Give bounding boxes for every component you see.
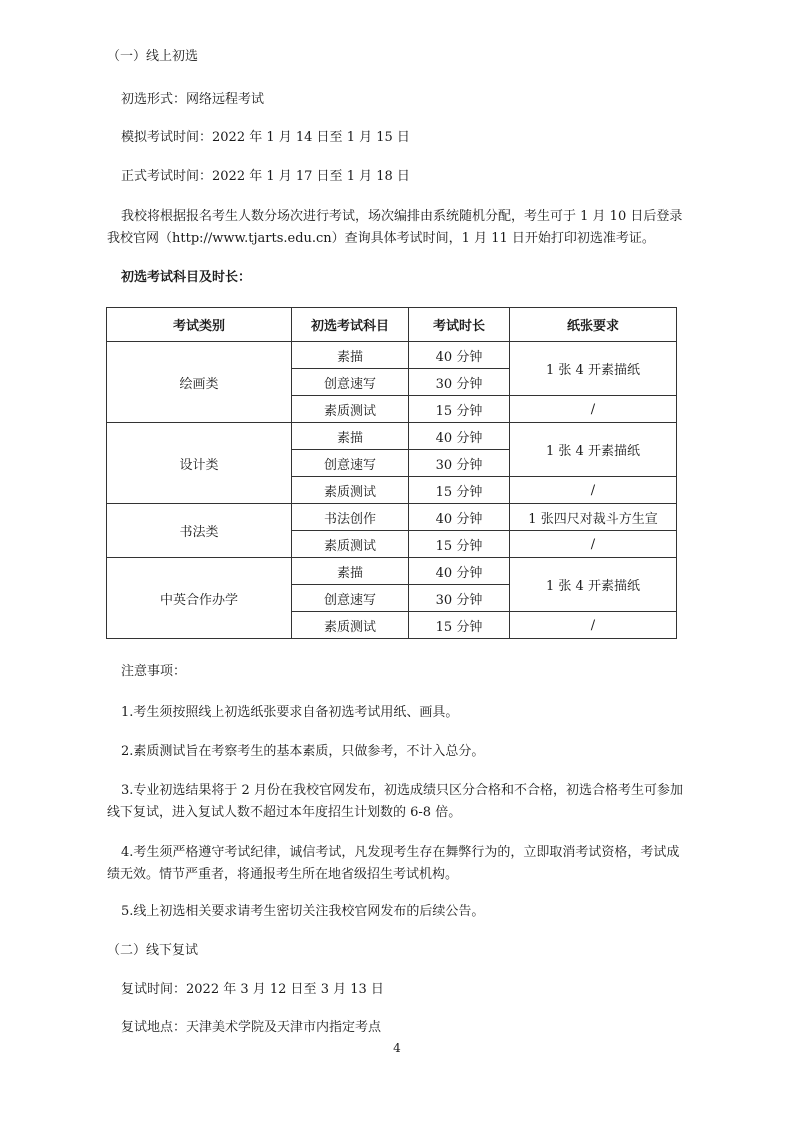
header-duration: 考试时长 bbox=[409, 308, 510, 342]
duration-cell: 40 分钟 bbox=[409, 342, 510, 369]
header-subject: 初选考试科目 bbox=[292, 308, 409, 342]
duration-cell: 30 分钟 bbox=[409, 369, 510, 396]
paper-cell: 1 张 4 开素描纸 bbox=[510, 558, 677, 612]
note-item-4: 4.考生须严格遵守考试纪律，诚信考试，凡发现考生存在舞弊行为的，立即取消考试资格… bbox=[107, 842, 687, 886]
subject-cell: 素质测试 bbox=[292, 396, 409, 423]
note-item-5: 5.线上初选相关要求请考生密切关注我校官网发布的后续公告。 bbox=[121, 904, 484, 920]
section-heading-offline: （二）线下复试 bbox=[107, 943, 198, 959]
paper-cell: 1 张 4 开素描纸 bbox=[510, 423, 677, 477]
table-row: 中英合作办学 素描 40 分钟 1 张 4 开素描纸 bbox=[107, 558, 677, 585]
duration-cell: 15 分钟 bbox=[409, 396, 510, 423]
paper-cell: 1 张四尺对裁斗方生宣 bbox=[510, 504, 677, 531]
exam-arrangement-paragraph: 我校将根据报名考生人数分场次进行考试，场次编排由系统随机分配，考生可于 1 月 … bbox=[107, 206, 687, 250]
duration-cell: 30 分钟 bbox=[409, 450, 510, 477]
table-row: 书法类 书法创作 40 分钟 1 张四尺对裁斗方生宣 bbox=[107, 504, 677, 531]
table-header-row: 考试类别 初选考试科目 考试时长 纸张要求 bbox=[107, 308, 677, 342]
retest-time: 复试时间：2022 年 3 月 12 日至 3 月 13 日 bbox=[121, 982, 384, 998]
category-cell: 设计类 bbox=[107, 423, 292, 504]
category-cell: 书法类 bbox=[107, 504, 292, 558]
exam-subjects-table: 考试类别 初选考试科目 考试时长 纸张要求 绘画类 素描 40 分钟 1 张 4… bbox=[106, 307, 677, 639]
paper-cell: / bbox=[510, 531, 677, 558]
subject-cell: 素描 bbox=[292, 423, 409, 450]
category-cell: 中英合作办学 bbox=[107, 558, 292, 639]
section-heading-online: （一）线上初选 bbox=[107, 49, 198, 65]
note-item-1: 1.考生须按照线上初选纸张要求自备初选考试用纸、画具。 bbox=[121, 705, 458, 721]
retest-place: 复试地点：天津美术学院及天津市内指定考点 bbox=[121, 1020, 381, 1036]
duration-cell: 30 分钟 bbox=[409, 585, 510, 612]
paper-cell: 1 张 4 开素描纸 bbox=[510, 342, 677, 396]
formal-exam-time: 正式考试时间：2022 年 1 月 17 日至 1 月 18 日 bbox=[121, 169, 410, 185]
table-row: 绘画类 素描 40 分钟 1 张 4 开素描纸 bbox=[107, 342, 677, 369]
exam-format: 初选形式：网络远程考试 bbox=[121, 92, 264, 108]
category-cell: 绘画类 bbox=[107, 342, 292, 423]
subject-cell: 创意速写 bbox=[292, 585, 409, 612]
subject-cell: 素质测试 bbox=[292, 612, 409, 639]
duration-cell: 15 分钟 bbox=[409, 477, 510, 504]
header-category: 考试类别 bbox=[107, 308, 292, 342]
paper-cell: / bbox=[510, 396, 677, 423]
duration-cell: 40 分钟 bbox=[409, 423, 510, 450]
subject-cell: 素描 bbox=[292, 342, 409, 369]
paper-cell: / bbox=[510, 477, 677, 504]
duration-cell: 15 分钟 bbox=[409, 612, 510, 639]
duration-cell: 40 分钟 bbox=[409, 504, 510, 531]
page-number: 4 bbox=[0, 1041, 794, 1055]
table-title: 初选考试科目及时长： bbox=[121, 270, 251, 286]
subject-cell: 素描 bbox=[292, 558, 409, 585]
note-item-3: 3.专业初选结果将于 2 月份在我校官网发布，初选成绩只区分合格和不合格，初选合… bbox=[107, 780, 687, 824]
table-row: 设计类 素描 40 分钟 1 张 4 开素描纸 bbox=[107, 423, 677, 450]
subject-cell: 素质测试 bbox=[292, 477, 409, 504]
notes-title: 注意事项： bbox=[121, 664, 186, 680]
subject-cell: 创意速写 bbox=[292, 369, 409, 396]
paper-cell: / bbox=[510, 612, 677, 639]
header-paper: 纸张要求 bbox=[510, 308, 677, 342]
note-item-2: 2.素质测试旨在考察考生的基本素质，只做参考，不计入总分。 bbox=[121, 744, 484, 760]
duration-cell: 40 分钟 bbox=[409, 558, 510, 585]
duration-cell: 15 分钟 bbox=[409, 531, 510, 558]
subject-cell: 创意速写 bbox=[292, 450, 409, 477]
subject-cell: 素质测试 bbox=[292, 531, 409, 558]
subject-cell: 书法创作 bbox=[292, 504, 409, 531]
mock-exam-time: 模拟考试时间：2022 年 1 月 14 日至 1 月 15 日 bbox=[121, 130, 410, 146]
